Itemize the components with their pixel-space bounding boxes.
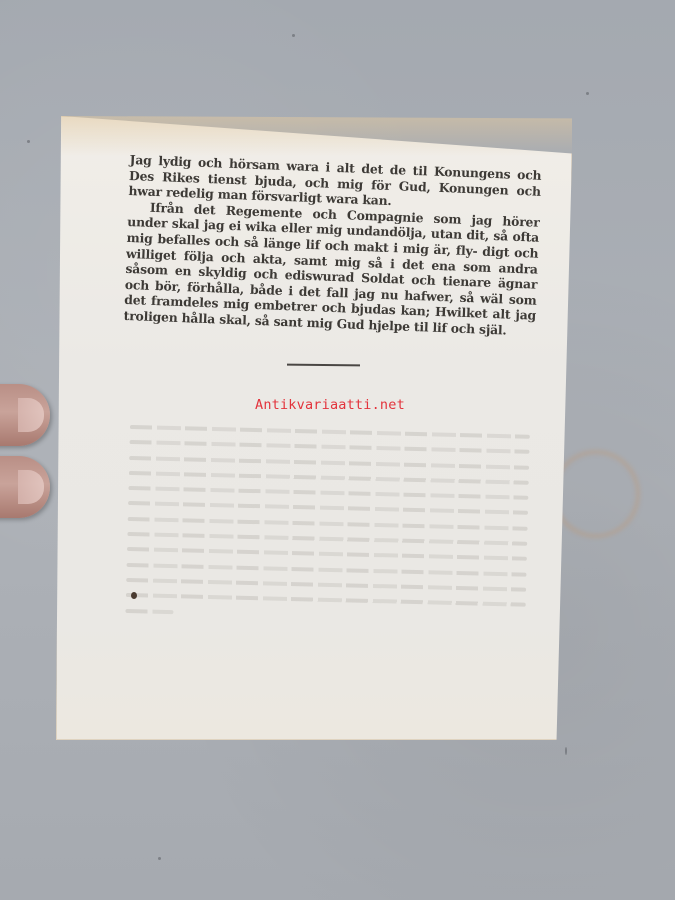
bleed-line (129, 471, 529, 485)
fingernail (18, 398, 44, 432)
surface-speck (158, 857, 161, 860)
bleed-line (128, 517, 528, 531)
surface-speck (27, 140, 30, 143)
surface-speck (292, 34, 295, 37)
bleed-line (126, 593, 526, 607)
bleed-line (127, 547, 527, 561)
surface-speck (586, 92, 589, 95)
bleed-line (129, 456, 529, 470)
ink-blot (131, 592, 137, 599)
bleed-line (128, 501, 528, 515)
fingernail (18, 470, 44, 504)
finger (0, 456, 50, 518)
document-text: Jag lydig och hörsam wara i alt det de t… (123, 152, 541, 339)
surface-speck (565, 747, 567, 755)
watermark-text: Antikvariaatti.net (255, 397, 405, 413)
bleed-line (127, 563, 527, 577)
hand-fingers (0, 378, 50, 528)
surface-stain (552, 450, 640, 538)
bleed-line (130, 440, 530, 454)
bleed-through-text (125, 425, 530, 634)
bleed-line (128, 486, 528, 500)
bleed-line (127, 532, 527, 546)
paragraph-2: Ifrån det Regemente och Compagnie som ja… (123, 199, 539, 339)
finger (0, 384, 50, 446)
text-line: til lif och själ. (414, 319, 507, 338)
bleed-line (126, 578, 526, 592)
paper-aged-edge (56, 116, 572, 156)
bleed-line (125, 609, 173, 614)
